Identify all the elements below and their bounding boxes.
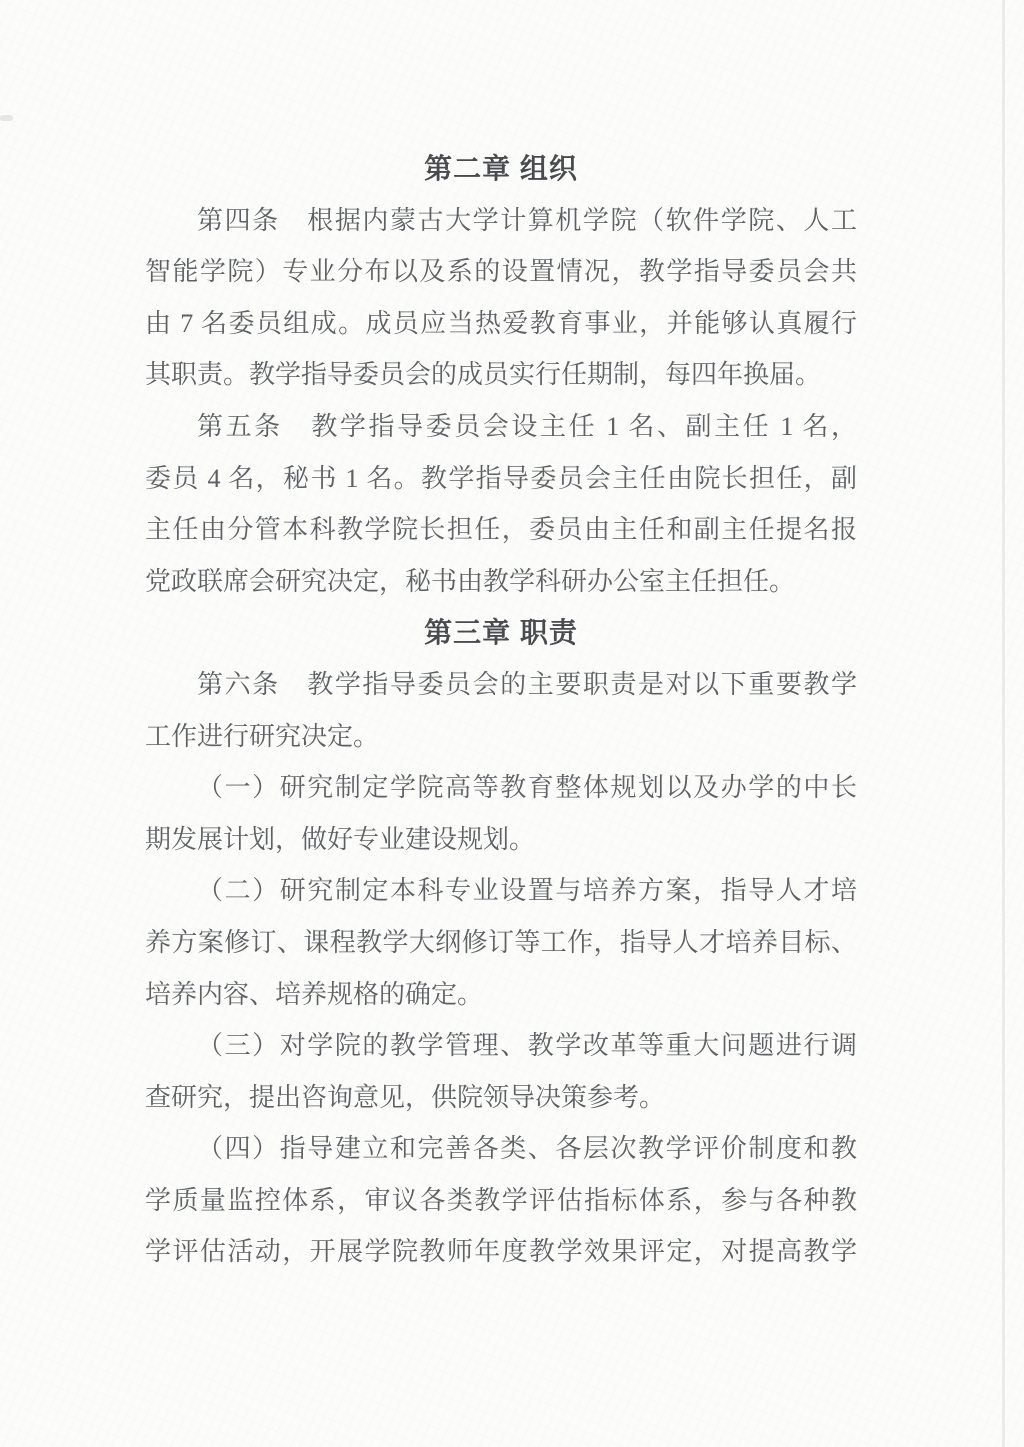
clause-3-line-1: （三）对学院的教学管理、教学改革等重大问题进行调 <box>145 1020 857 1072</box>
clause-2-line-2: 养方案修订、课程教学大纲修订等工作，指导人才培养目标、 <box>145 917 857 969</box>
article-4-line-2: 智能学院）专业分布以及系的设置情况，教学指导委员会共 <box>145 246 857 298</box>
article-4-line-3: 由 7 名委员组成。成员应当热爱教育事业，并能够认真履行 <box>145 298 857 350</box>
clause-2-line-1: （二）研究制定本科专业设置与培养方案，指导人才培 <box>145 865 857 917</box>
article-5-line-4: 党政联席会研究决定，秘书由教学科研办公室主任担任。 <box>145 556 857 608</box>
clause-1-line-1: （一）研究制定学院高等教育整体规划以及办学的中长 <box>145 762 857 814</box>
article-4-line-1: 第四条 根据内蒙古大学计算机学院（软件学院、人工 <box>145 195 857 247</box>
article-5-line-2: 委员 4 名，秘书 1 名。教学指导委员会主任由院长担任，副 <box>145 453 857 505</box>
chapter-2-heading: 第二章 组织 <box>145 143 857 195</box>
chapter-3-heading: 第三章 职责 <box>145 607 857 659</box>
scan-smudge-mark <box>0 115 13 121</box>
document-page: { "page": { "background_color": "#fcfcfb… <box>0 0 1024 1447</box>
scan-edge-line <box>1002 0 1005 1447</box>
clause-1-line-2: 期发展计划，做好专业建设规划。 <box>145 814 857 866</box>
clause-3-line-2: 查研究，提出咨询意见，供院领导决策参考。 <box>145 1072 857 1124</box>
article-6-line-1: 第六条 教学指导委员会的主要职责是对以下重要教学 <box>145 659 857 711</box>
clause-2-line-3: 培养内容、培养规格的确定。 <box>145 969 857 1021</box>
article-5-line-3: 主任由分管本科教学院长担任，委员由主任和副主任提名报 <box>145 504 857 556</box>
document-body: 第二章 组织 第四条 根据内蒙古大学计算机学院（软件学院、人工 智能学院）专业分… <box>145 143 857 1278</box>
clause-4-line-1: （四）指导建立和完善各类、各层次教学评价制度和教 <box>145 1123 857 1175</box>
article-4-line-4: 其职责。教学指导委员会的成员实行任期制，每四年换届。 <box>145 349 857 401</box>
article-5-line-1: 第五条 教学指导委员会设主任 1 名、副主任 1 名， <box>145 401 857 453</box>
clause-4-line-3: 学评估活动，开展学院教师年度教学效果评定，对提高教学 <box>145 1226 857 1278</box>
clause-4-line-2: 学质量监控体系，审议各类教学评估指标体系，参与各种教 <box>145 1175 857 1227</box>
article-6-line-2: 工作进行研究决定。 <box>145 711 857 763</box>
